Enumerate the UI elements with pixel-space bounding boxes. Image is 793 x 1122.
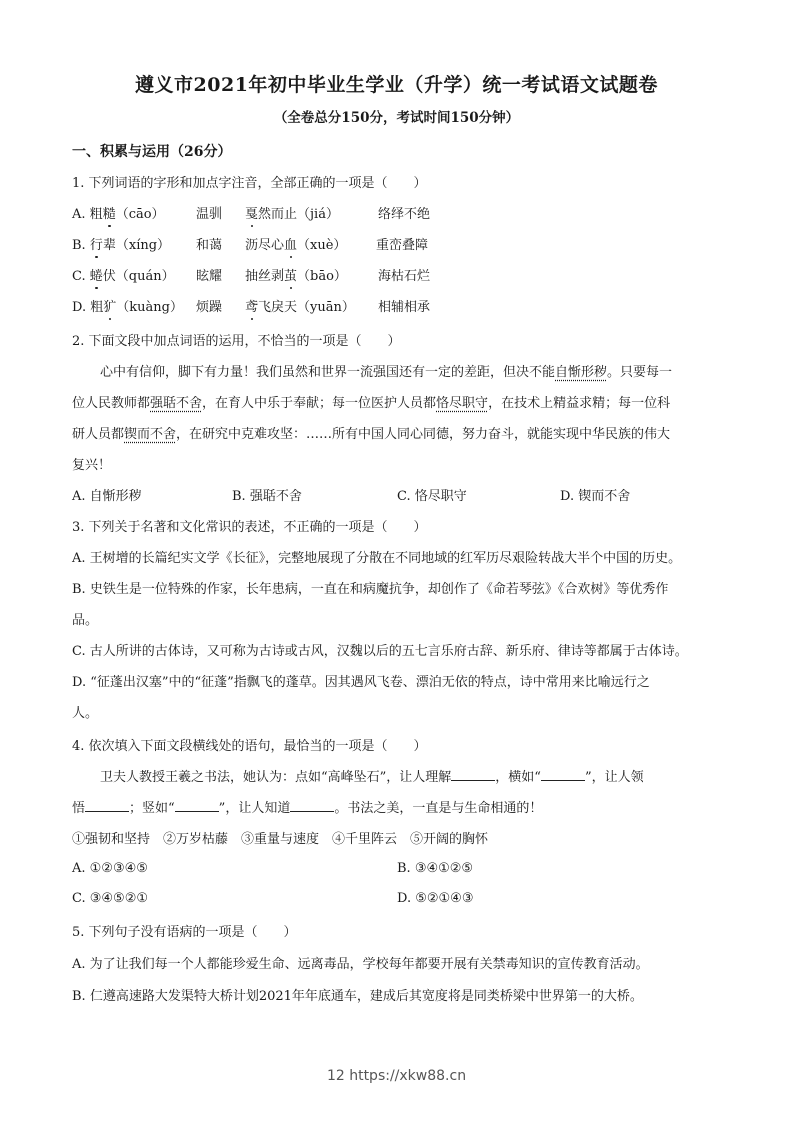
question-3-option-c: C. 古人所讲的古体诗，又可称为古诗或古风，汉魏以后的五七言乐府古辞、新乐府、律… bbox=[72, 640, 688, 659]
pinyin: （cāo） bbox=[116, 207, 165, 222]
word-2: 和蔼 bbox=[196, 234, 222, 253]
option-label: A. bbox=[72, 207, 86, 222]
question-4-passage-line: 卫夫人教授王羲之书法，她认为：点如“高峰坠石”，让人理解，横如“”，让人领 bbox=[100, 766, 644, 785]
question-3-option-b: B. 史铁生是一位特殊的作家，长年患病，一直在和病魔抗争，却创作了《命若琴弦》《… bbox=[72, 578, 668, 597]
dotted-char: 蜷 bbox=[90, 265, 103, 284]
blank-5[interactable] bbox=[290, 799, 334, 812]
word-4: 相辅相承 bbox=[378, 296, 430, 315]
dotted-char: 茧 bbox=[284, 265, 297, 284]
question-2-option-b: B. 强聒不舍 bbox=[232, 485, 302, 504]
question-2-option-a: A. 自惭形秽 bbox=[72, 485, 142, 504]
word-text: 粗 bbox=[90, 300, 103, 315]
question-3-option-a: A. 王树增的长篇纪实文学《长征》，完整地展现了分散在不同地域的红军历尽艰险转战… bbox=[72, 547, 681, 566]
passage-text: 研人员都 bbox=[72, 427, 124, 442]
dotted-word: 自惭形秽 bbox=[555, 365, 607, 380]
pinyin: （jiá） bbox=[297, 207, 339, 222]
question-2-passage-line: 心中有信仰，脚下有力量！我们虽然和世界一流强国还有一定的差距，但决不能自惭形秽。… bbox=[100, 361, 672, 380]
passage-text: 。只要每一 bbox=[607, 365, 672, 380]
blank-4[interactable] bbox=[175, 799, 219, 812]
question-4-option-d: D. ⑤②①④③ bbox=[397, 891, 474, 906]
word-text: 辈 bbox=[103, 238, 116, 253]
passage-text: 卫夫人教授王羲之书法，她认为：点如“高峰坠石”，让人理解 bbox=[100, 770, 451, 785]
pinyin: （bāo） bbox=[297, 269, 347, 284]
passage-text: ，在育人中乐于奉献；每一位医护人员都 bbox=[202, 396, 436, 411]
dotted-char: 戛 bbox=[245, 203, 258, 222]
word-2: 温驯 bbox=[196, 203, 222, 222]
dotted-char: 鸢 bbox=[245, 296, 258, 315]
passage-text: 位人民教师都 bbox=[72, 396, 150, 411]
pinyin: （quán） bbox=[116, 269, 175, 284]
question-4-option-c: C. ③④⑤②① bbox=[72, 891, 148, 906]
option-label: D. bbox=[72, 300, 86, 315]
pinyin: （yuān） bbox=[297, 300, 355, 315]
question-2-passage-line: 位人民教师都强聒不舍，在育人中乐于奉献；每一位医护人员都恪尽职守，在技术上精益求… bbox=[72, 392, 670, 411]
passage-text: ”，让人知道 bbox=[219, 801, 291, 816]
passage-text: 悟 bbox=[72, 801, 85, 816]
exam-page: 遵义市2021年初中毕业生学业（升学）统一考试语文试题卷 （全卷总分150分，考… bbox=[0, 0, 793, 1122]
dotted-char: 行 bbox=[90, 234, 103, 253]
question-4-stem: 4. 依次填入下面文段横线处的语句，最恰当的一项是（ ） bbox=[72, 735, 427, 754]
word-2: 烦躁 bbox=[196, 296, 222, 315]
word-text: 粗 bbox=[90, 207, 103, 222]
word-text: 飞戾天 bbox=[258, 300, 297, 315]
passage-text: ，横如“ bbox=[495, 770, 541, 785]
question-5-option-b: B. 仁遵高速路大发渠特大桥计划2021年年底通车，建成后其宽度将是同类桥梁中世… bbox=[72, 985, 643, 1004]
pinyin: （kuàng） bbox=[116, 300, 183, 315]
dotted-char: 血 bbox=[284, 234, 297, 253]
passage-text: ，在研究中克难攻坚：……所有中国人同心同德，努力奋斗，就能实现中华民族的伟大 bbox=[176, 427, 670, 442]
blank-3[interactable] bbox=[85, 799, 129, 812]
word-4: 海枯石烂 bbox=[378, 265, 430, 284]
question-3-stem: 3. 下列关于名著和文化常识的表述，不正确的一项是（ ） bbox=[72, 516, 427, 535]
question-4-option-b: B. ③④①②⑤ bbox=[397, 861, 473, 876]
question-5-option-a: A. 为了让我们每一个人都能珍爱生命、远离毒品，学校每年都要开展有关禁毒知识的宣… bbox=[72, 953, 649, 972]
passage-text: 。书法之美，一直是与生命相通的！ bbox=[334, 801, 542, 816]
question-4-choices: ①强韧和坚持 ②万岁枯藤 ③重量与速度 ④千里阵云 ⑤开阔的胸怀 bbox=[72, 828, 488, 847]
word-text: 伏 bbox=[103, 269, 116, 284]
page-subtitle: （全卷总分150分，考试时间150分钟） bbox=[0, 106, 793, 126]
question-4-option-a: A. ①②③④⑤ bbox=[72, 861, 148, 876]
passage-text: ；竖如“ bbox=[129, 801, 175, 816]
question-1-stem: 1. 下列词语的字形和加点字注音，全部正确的一项是（ ） bbox=[72, 172, 427, 191]
question-4-passage-line: 悟；竖如“”，让人知道。书法之美，一直是与生命相通的！ bbox=[72, 797, 542, 816]
passage-text: ，在技术上精益求精；每一位科 bbox=[488, 396, 670, 411]
section-heading: 一、积累与运用（26分） bbox=[72, 141, 231, 161]
option-label: B. bbox=[72, 238, 86, 253]
passage-text: 心中有信仰，脚下有力量！我们虽然和世界一流强国还有一定的差距，但决不能 bbox=[100, 365, 555, 380]
dotted-word: 恪尽职守 bbox=[436, 396, 488, 411]
passage-text: ”，让人领 bbox=[585, 770, 644, 785]
dotted-char: 犷 bbox=[103, 296, 116, 315]
blank-2[interactable] bbox=[541, 768, 585, 781]
option-label: C. bbox=[72, 269, 86, 284]
question-2-option-d: D. 锲而不舍 bbox=[560, 485, 630, 504]
page-title: 遵义市2021年初中毕业生学业（升学）统一考试语文试题卷 bbox=[0, 70, 793, 97]
question-3-option-b-cont: 品。 bbox=[72, 609, 98, 628]
word-2: 眩耀 bbox=[196, 265, 222, 284]
dotted-word: 强聒不舍 bbox=[150, 396, 202, 411]
question-5-stem: 5. 下列句子没有语病的一项是（ ） bbox=[72, 921, 297, 940]
blank-1[interactable] bbox=[451, 768, 495, 781]
page-footer: 12 https://xkw88.cn bbox=[0, 1068, 793, 1084]
word-4: 重峦叠障 bbox=[376, 234, 428, 253]
pinyin: （xíng） bbox=[116, 238, 170, 253]
dotted-char: 糙 bbox=[103, 203, 116, 222]
word-text: 然而止 bbox=[258, 207, 297, 222]
pinyin: （xuè） bbox=[297, 238, 346, 253]
question-3-option-d: D. “征蓬出汉塞”中的“征蓬”指飘飞的蓬草。因其遇风飞卷、漂泊无依的特点，诗中… bbox=[72, 671, 650, 690]
question-3-option-d-cont: 人。 bbox=[72, 702, 98, 721]
question-2-passage-line: 研人员都锲而不舍，在研究中克难攻坚：……所有中国人同心同德，努力奋斗，就能实现中… bbox=[72, 423, 670, 442]
dotted-word: 锲而不舍 bbox=[124, 427, 176, 442]
word-text: 沥尽心 bbox=[245, 238, 284, 253]
word-text: 抽丝剥 bbox=[245, 269, 284, 284]
question-2-option-c: C. 恪尽职守 bbox=[397, 485, 467, 504]
question-2-stem: 2. 下面文段中加点词语的运用，不恰当的一项是（ ） bbox=[72, 330, 401, 349]
question-2-passage-line: 复兴！ bbox=[72, 454, 111, 473]
word-4: 络绎不绝 bbox=[378, 203, 430, 222]
